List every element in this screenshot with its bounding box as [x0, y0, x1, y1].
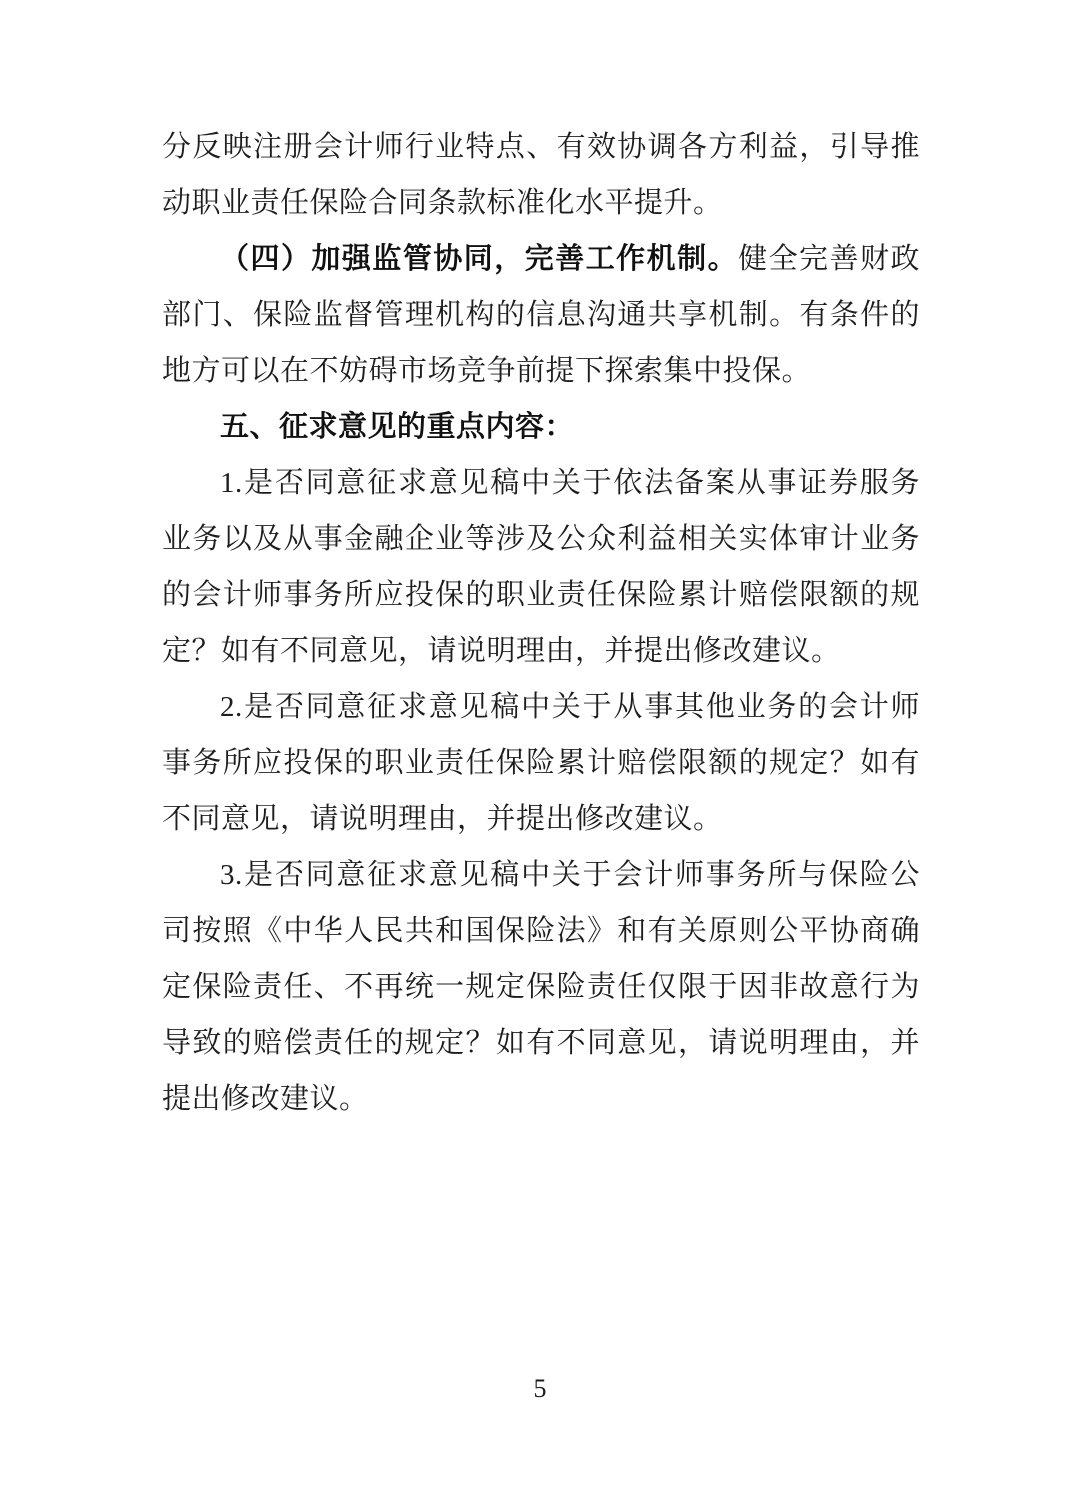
text-run: 2.是否同意征求意见稿中关于从事其他业务的会计师事务所应投保的职业责任保险累计赔… — [162, 691, 920, 835]
text-run: 1.是否同意征求意见稿中关于依法备案从事证券服务业务以及从事金融企业等涉及公众利… — [162, 467, 920, 667]
text-run: 分反映注册会计师行业特点、有效协调各方利益，引导推动职业责任保险合同条款标准化水… — [162, 131, 920, 219]
paragraph: 1.是否同意征求意见稿中关于依法备案从事证券服务业务以及从事金融企业等涉及公众利… — [162, 455, 920, 679]
heading-run: （四）加强监管协同，完善工作机制。 — [220, 243, 738, 275]
page-number: 5 — [0, 1372, 1080, 1406]
heading-run: 五、征求意见的重点内容： — [220, 411, 574, 443]
paragraph: 2.是否同意征求意见稿中关于从事其他业务的会计师事务所应投保的职业责任保险累计赔… — [162, 679, 920, 847]
text-run: 3.是否同意征求意见稿中关于会计师事务所与保险公司按照《中华人民共和国保险法》和… — [162, 859, 920, 1115]
paragraph: 五、征求意见的重点内容： — [162, 399, 920, 455]
document-body: 分反映注册会计师行业特点、有效协调各方利益，引导推动职业责任保险合同条款标准化水… — [162, 119, 920, 1127]
document-page: 分反映注册会计师行业特点、有效协调各方利益，引导推动职业责任保险合同条款标准化水… — [0, 0, 1080, 1499]
paragraph: （四）加强监管协同，完善工作机制。健全完善财政部门、保险监督管理机构的信息沟通共… — [162, 231, 920, 399]
paragraph: 分反映注册会计师行业特点、有效协调各方利益，引导推动职业责任保险合同条款标准化水… — [162, 119, 920, 231]
paragraph: 3.是否同意征求意见稿中关于会计师事务所与保险公司按照《中华人民共和国保险法》和… — [162, 847, 920, 1127]
